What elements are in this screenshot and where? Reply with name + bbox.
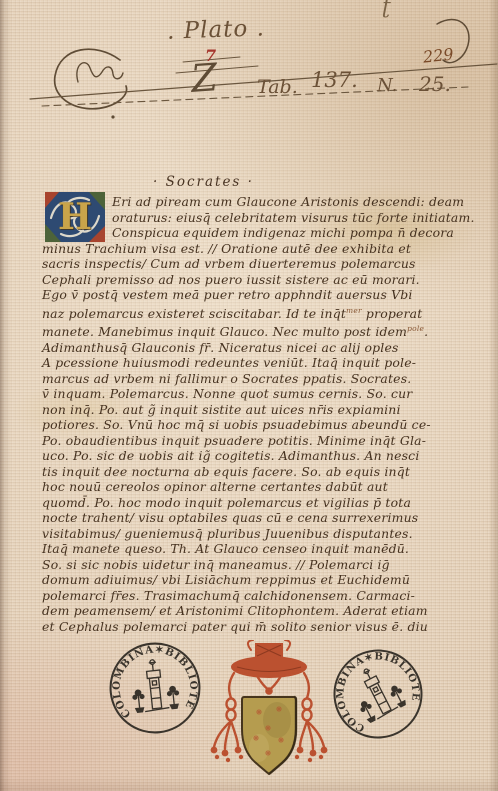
manuscript-line: hoc nouū cereolos opinor alterne certant… [42, 479, 482, 495]
shelfmark-n-label: N. [377, 75, 397, 96]
manuscript-line: A pcessione huiusmodi redeuntes veniūt. … [42, 355, 482, 371]
manuscript-line: Po. obaudientibus inquit psuadere potiti… [42, 433, 482, 449]
manuscript-line: Itaq̄ manete queso. Th. At Glauco censeo… [42, 541, 482, 557]
manuscript-line: domum adiuimus/ vbi Lisiāchum reppimus e… [42, 572, 482, 588]
shelfmark-new-number: 229 [422, 44, 454, 66]
shelfmark-tab-label: Tab. [257, 76, 298, 98]
shelfmark-n-number: 25. [419, 72, 451, 96]
manuscript-line: uco. Po. sic de uobis ait ig̃ cogitetis.… [42, 448, 482, 464]
manuscript-line: Conspicua equidem indigenaz michi pompa … [42, 225, 482, 241]
manuscript-line: minus Trachium visa est. // Oratione aut… [42, 241, 482, 257]
manuscript-line: sacris inspectis/ Cum ad vrbem diuertere… [42, 256, 482, 272]
manuscript-line: naz polemarcus existeret sciscitabar. Id… [42, 303, 482, 322]
manuscript-line: manete. Manebimus inquit Glauco. Nec mul… [42, 321, 482, 340]
shelfmark-tab-number: 137. [311, 68, 358, 92]
manuscript-line: visitabimus/ gueniemusq̄ pluribus Juueni… [42, 526, 482, 542]
stamp-ornament-right-icon [167, 686, 181, 709]
author-inscription: . Plato . [167, 15, 266, 44]
manuscript-line: Adimanthusq̄ Glauconis fr̄. Niceratus ni… [42, 340, 482, 356]
manuscript-line: potiores. So. Vnū hoc mq̄ si uobis psuad… [42, 417, 482, 433]
manuscript-line: polemarci fr̄es. Trasimachumq̄ calchidon… [42, 588, 482, 604]
manuscript-line: Cephali premisso ad nos puero iussit sis… [42, 272, 482, 288]
manuscript-line: oraturus: eiusq̄ celebritatem visurus tū… [42, 210, 482, 226]
library-stamp-left: COLOMBINA✶BIBLIOTECA [108, 641, 202, 735]
gold-shield-icon [242, 697, 296, 774]
manuscript-line: quomd̄. Po. hoc modo inquit polemarcus e… [42, 495, 482, 511]
manuscript-page: ʈ . Plato . 7 Z Tab. 137. N. 25. 229 · S… [0, 0, 498, 791]
manuscript-line: Eri ad piream cum Glaucone Aristonis des… [42, 194, 482, 210]
section-heading: · Socrates · [153, 174, 254, 190]
cardinal-coat-of-arms [207, 640, 331, 786]
manuscript-line: marcus ad vrbem ni fallimur o Socrates p… [42, 371, 482, 387]
manuscript-line: nocte trahent/ visu optabiles quas cū e … [42, 510, 482, 526]
manuscript-lines: Eri ad piream cum Glaucone Aristonis des… [42, 194, 482, 634]
library-stamp-right: COLOMBINA✶BIBLIOTECA [332, 648, 424, 740]
manuscript-line: Ego v̄ postq̄ vestem meā puer retro apph… [42, 287, 482, 303]
crossed-letter-z: Z [189, 55, 218, 101]
manuscript-line: et Cephalus polemarci pater qui m̄ solit… [42, 619, 482, 635]
stamp-ornament-left-icon [132, 689, 146, 712]
stamp-ornament-right-icon [388, 684, 408, 708]
manuscript-line: non inq̄. Po. aut g̃ inquit sistite aut … [42, 402, 482, 418]
manuscript-line: So. si sic nobis uidetur inq̄ maneamus. … [42, 557, 482, 573]
manuscript-line: tis inquit dee nocturna ab equis facere.… [42, 464, 482, 480]
giralda-tower-icon [140, 659, 170, 712]
top-cross-mark: ʈ [382, 0, 390, 18]
strike-line-dashed [42, 87, 468, 106]
manuscript-line: dem peamensem/ et Aristonimi Clitophonte… [42, 603, 482, 619]
owner-cipher-inner-icon [77, 63, 123, 82]
cipher-dot [111, 115, 114, 118]
galero-hat-icon [231, 640, 307, 678]
manuscript-line: v̄ inquam. Polemarcus. Nonne quot sumus … [42, 386, 482, 402]
stamp-ornament-left-icon [358, 699, 378, 723]
